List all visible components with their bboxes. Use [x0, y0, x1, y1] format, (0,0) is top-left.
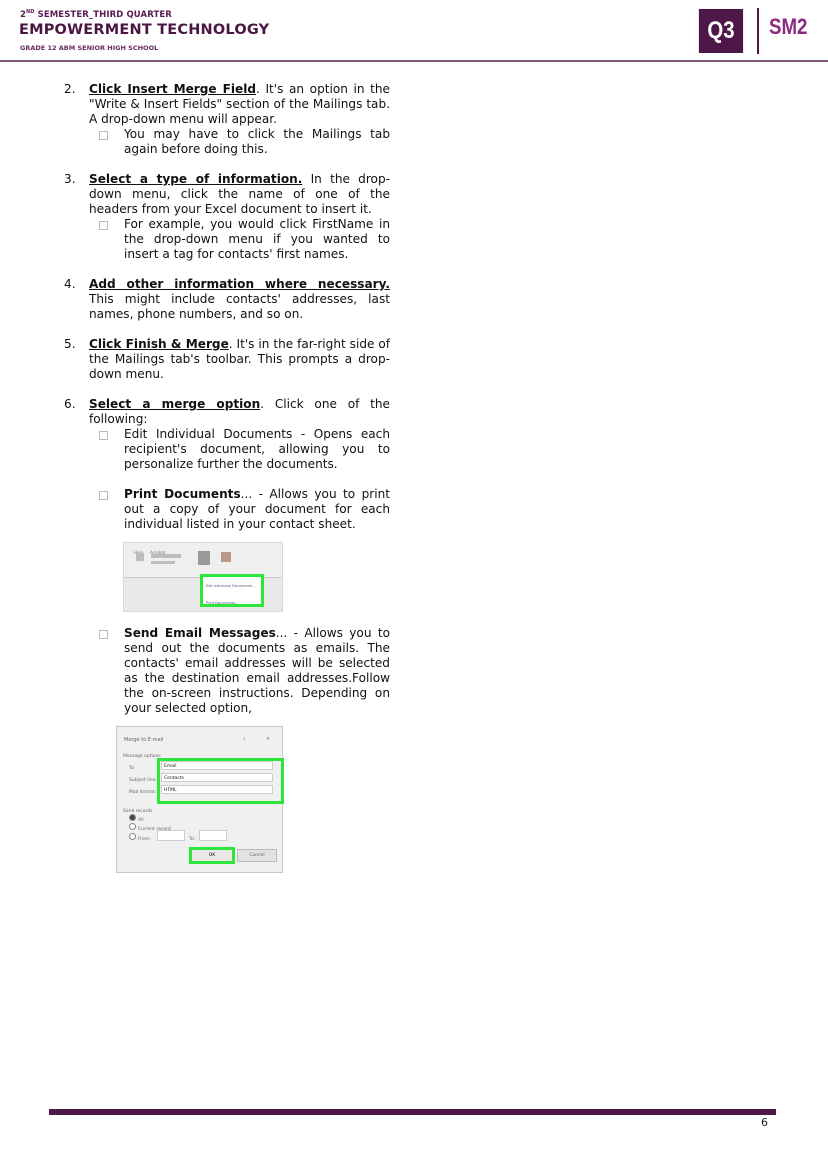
step-number: 3.: [64, 172, 76, 187]
step-number: 6.: [64, 397, 76, 412]
step-number: 5.: [64, 337, 76, 352]
option-send-email: Send Email Messages... - Allows you to s…: [89, 626, 390, 716]
step-6: 6. Select a merge option. Click one of t…: [62, 397, 390, 873]
find-recipient-icon: [151, 561, 175, 564]
header-separator: [757, 8, 759, 54]
bullet-box-icon: [99, 630, 108, 639]
semester-label: 2ND SEMESTER_THIRD QUARTER: [20, 9, 172, 20]
step-2: 2. Click Insert Merge Field. It's an opt…: [62, 82, 390, 157]
step-number: 2.: [64, 82, 76, 97]
step-4: 4. Add other information where necessary…: [62, 277, 390, 322]
header-divider: [0, 60, 828, 62]
option-print-documents: Print Documents... - Allows you to print…: [89, 487, 390, 532]
step-lead: Click Insert Merge Field: [89, 82, 256, 96]
preview-icon: [136, 553, 144, 561]
sub-bullet: You may have to click the Mailings tab a…: [89, 127, 390, 157]
step-3: 3. Select a type of information. In the …: [62, 172, 390, 262]
finish-merge-icon: [198, 551, 210, 565]
merge-adobe-icon: [221, 552, 231, 562]
bullet-box-icon: [99, 131, 108, 140]
bullet-box-icon: [99, 431, 108, 440]
ok-button-highlight: OK: [189, 847, 235, 864]
sub-bullet: For example, you would click FirstName i…: [89, 217, 390, 262]
nav-icon: [151, 554, 181, 558]
cancel-button: Cancel: [237, 849, 277, 862]
footer-divider: [49, 1109, 776, 1115]
step-lead: Select a type of information.: [89, 172, 302, 186]
option-edit-documents: Edit Individual Documents - Opens each r…: [89, 427, 390, 472]
step-text: This might include contacts' addresses, …: [89, 292, 390, 321]
radio-current-icon: [129, 823, 136, 830]
radio-all-icon: [129, 814, 136, 821]
steps-list: 2. Click Insert Merge Field. It's an opt…: [62, 82, 390, 888]
options-highlight: [157, 758, 284, 804]
merge-email-dialog-screenshot: Merge to E-mail ? ✕ Message options To: …: [116, 726, 283, 873]
page-number: 6: [761, 1116, 768, 1129]
step-number: 4.: [64, 277, 76, 292]
step-lead: Add other information where necessary.: [89, 277, 390, 291]
radio-from-icon: [129, 833, 136, 840]
close-icon: ✕: [266, 732, 270, 747]
bullet-box-icon: [99, 221, 108, 230]
bullet-box-icon: [99, 491, 108, 500]
finish-merge-screenshot: Help Acrobat Edit Individual Documents..…: [123, 542, 283, 612]
course-title: EMPOWERMENT TECHNOLOGY: [19, 22, 269, 38]
merge-dropdown-highlight: Edit Individual Documents... Print Docum…: [200, 574, 264, 607]
module-badge: SM2: [769, 14, 807, 40]
step-lead: Select a merge option: [89, 397, 260, 411]
step-lead: Click Finish & Merge: [89, 337, 229, 351]
quarter-badge: Q3: [699, 9, 743, 53]
grade-label: GRADE 12 ABM SENIOR HIGH SCHOOL: [20, 44, 158, 52]
step-5: 5. Click Finish & Merge. It's in the far…: [62, 337, 390, 382]
